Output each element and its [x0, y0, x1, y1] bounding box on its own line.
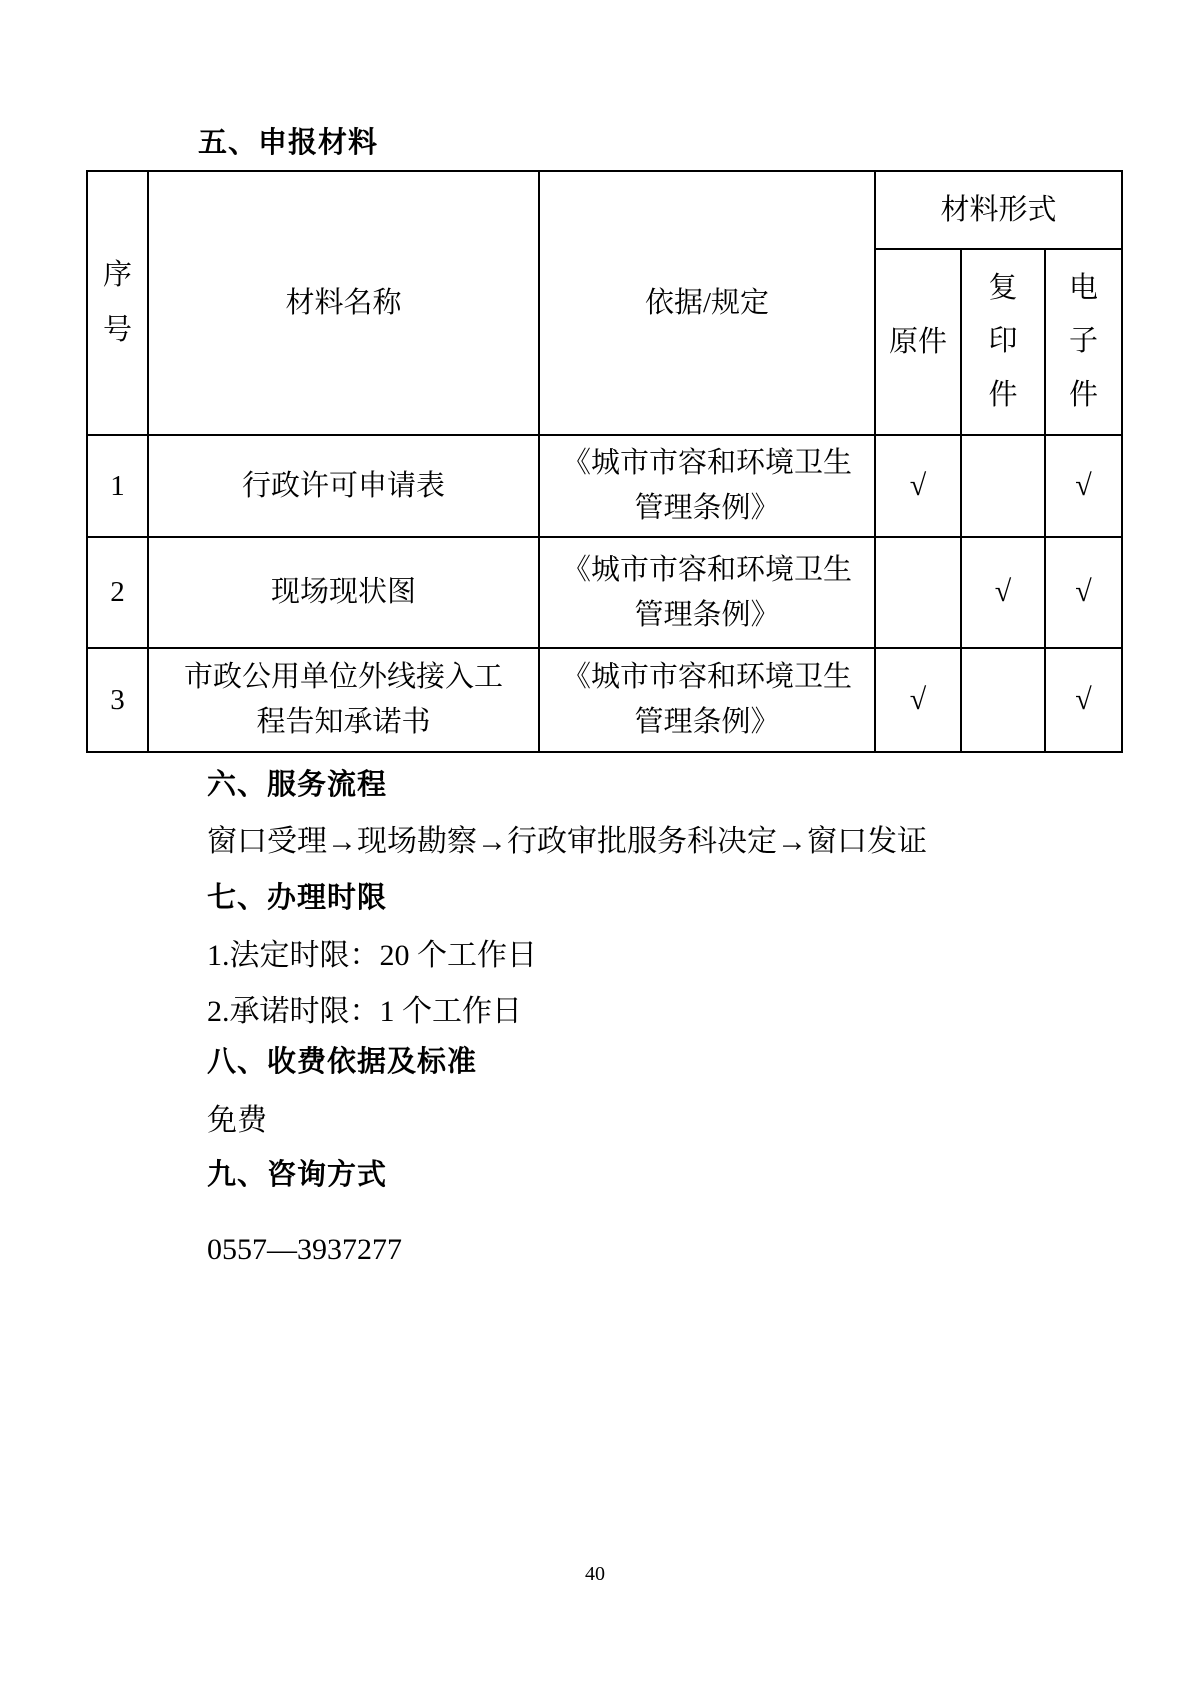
header-cell-serial: 序号 — [87, 171, 148, 435]
header-electronic-label: 电子件 — [1067, 262, 1100, 423]
header-cell-original: 原件 — [875, 249, 961, 435]
row-serial: 2 — [87, 537, 148, 648]
section-6-heading: 六、服务流程 — [207, 769, 387, 802]
row-original-mark: √ — [875, 648, 961, 752]
row-electronic-mark: √ — [1045, 537, 1122, 648]
row-electronic-mark: √ — [1045, 435, 1122, 537]
row-copy-mark — [961, 435, 1045, 537]
header-cell-name: 材料名称 — [148, 171, 539, 435]
header-serial-label: 序号 — [101, 248, 134, 358]
fee-text: 免费 — [207, 1104, 267, 1139]
header-cell-form: 材料形式 — [875, 171, 1122, 249]
consult-phone-number: 0557—3937277 — [207, 1233, 402, 1268]
header-cell-copy: 复印件 — [961, 249, 1045, 435]
table-row: 2 现场现状图 《城市市容和环境卫生 管理条例》 √ √ — [87, 537, 1122, 648]
row-basis: 《城市市容和环境卫生 管理条例》 — [539, 537, 875, 648]
section-9-heading: 九、咨询方式 — [207, 1159, 387, 1192]
legal-time-limit-text: 1.法定时限：20 个工作日 — [207, 939, 537, 974]
row-material-name: 现场现状图 — [148, 537, 539, 648]
header-cell-basis: 依据/规定 — [539, 171, 875, 435]
row-original-mark — [875, 537, 961, 648]
table-row: 3 市政公用单位外线接入工 程告知承诺书 《城市市容和环境卫生 管理条例》 √ … — [87, 648, 1122, 752]
row-original-mark: √ — [875, 435, 961, 537]
row-electronic-mark: √ — [1045, 648, 1122, 752]
section-5-heading: 五、申报材料 — [198, 127, 378, 160]
row-serial: 3 — [87, 648, 148, 752]
row-material-name: 市政公用单位外线接入工 程告知承诺书 — [148, 648, 539, 752]
table-header-row-top: 序号 材料名称 依据/规定 材料形式 — [87, 171, 1122, 249]
materials-table: 序号 材料名称 依据/规定 材料形式 原件 复印件 电子件 1 行政许可申请表 … — [86, 170, 1123, 753]
row-material-name: 行政许可申请表 — [148, 435, 539, 537]
section-7-heading: 七、办理时限 — [207, 882, 387, 915]
service-flow-text: 窗口受理→现场勘察→行政审批服务科决定→窗口发证 — [207, 825, 927, 860]
header-copy-label: 复印件 — [986, 262, 1019, 423]
page-number: 40 — [0, 1562, 1190, 1586]
row-copy-mark — [961, 648, 1045, 752]
table-row: 1 行政许可申请表 《城市市容和环境卫生 管理条例》 √ √ — [87, 435, 1122, 537]
header-cell-electronic: 电子件 — [1045, 249, 1122, 435]
row-serial: 1 — [87, 435, 148, 537]
section-8-heading: 八、收费依据及标准 — [207, 1046, 477, 1079]
promise-time-limit-text: 2.承诺时限：1 个工作日 — [207, 995, 522, 1030]
row-basis: 《城市市容和环境卫生 管理条例》 — [539, 435, 875, 537]
document-page: 五、申报材料 序号 材料名称 依据/规定 材料形式 原件 复印件 — [0, 0, 1190, 1684]
row-copy-mark: √ — [961, 537, 1045, 648]
row-basis: 《城市市容和环境卫生 管理条例》 — [539, 648, 875, 752]
